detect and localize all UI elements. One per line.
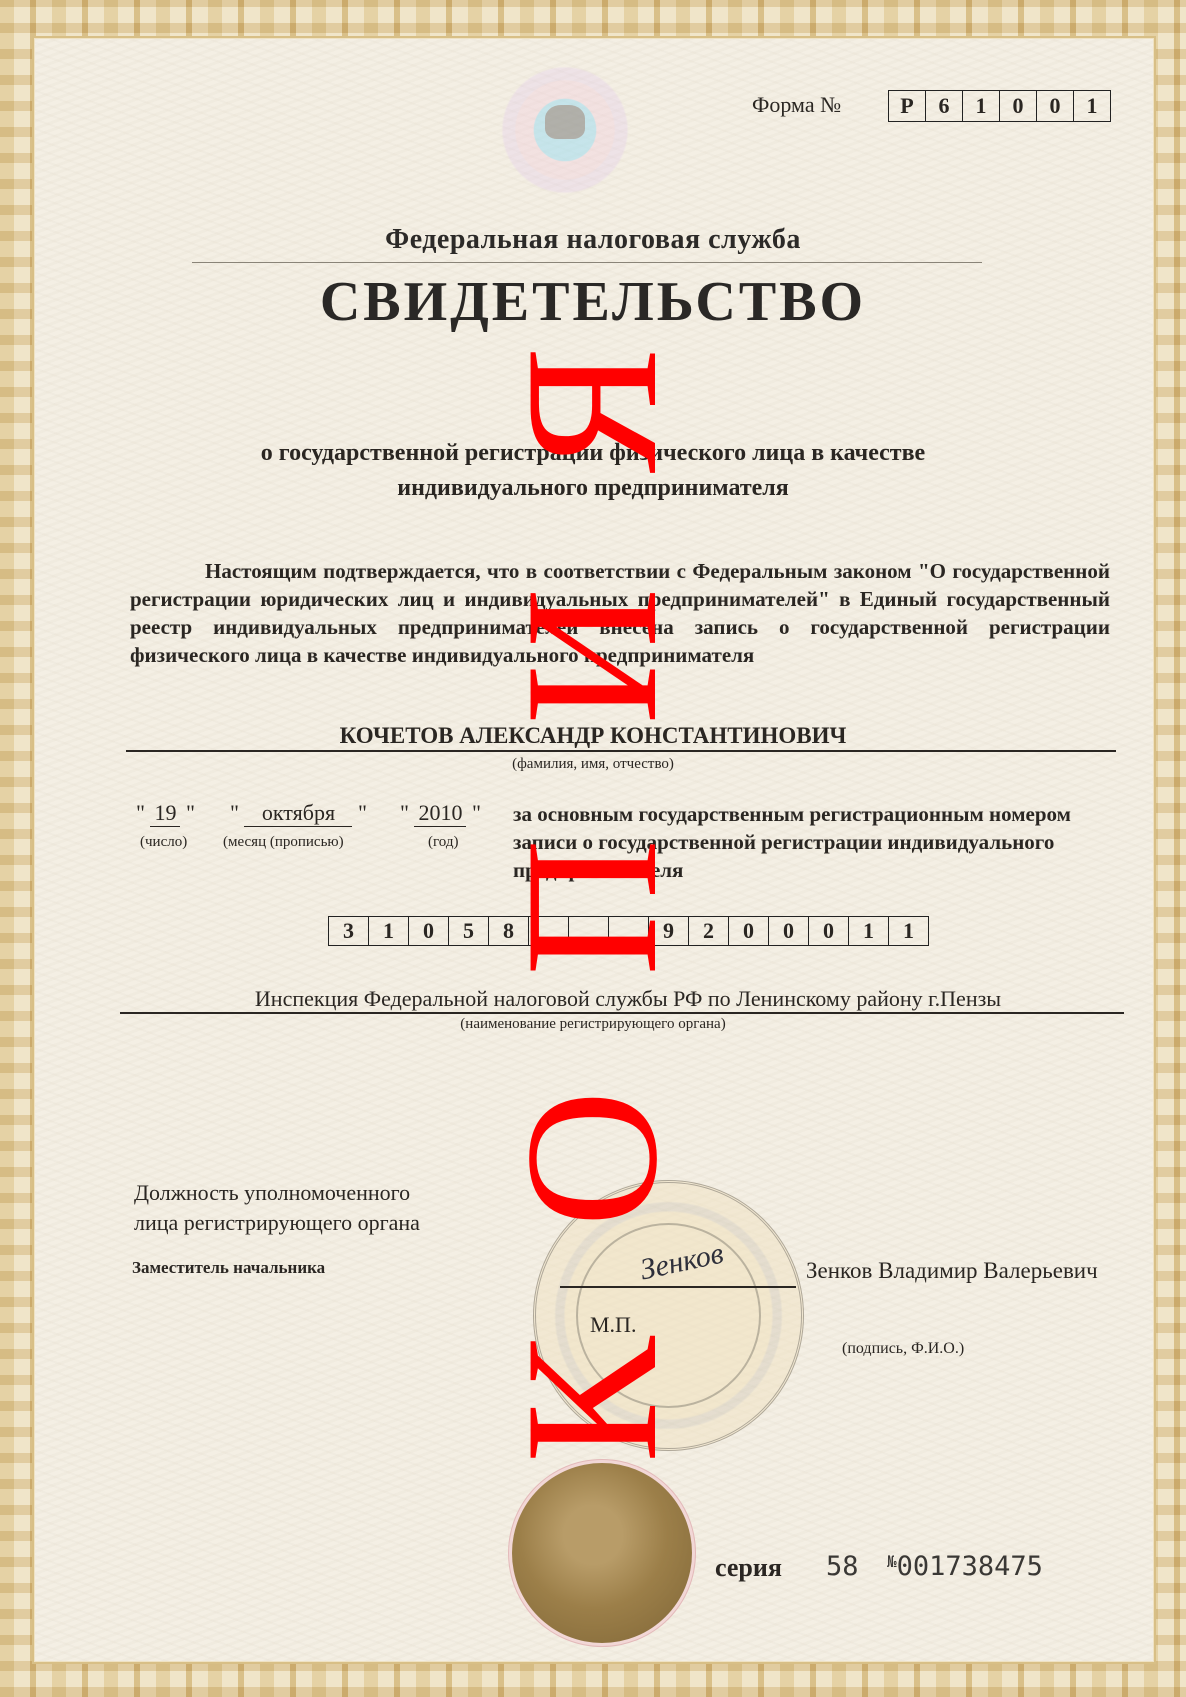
number-sign: № [887, 1552, 897, 1571]
blank-number: №001738475 [887, 1551, 1043, 1582]
signer-name: Зенков Владимир Валерьевич [806, 1258, 1098, 1284]
hologram-emblem [490, 60, 640, 200]
month-hint: (месяц (прописью) [223, 834, 344, 851]
ogrnip-cell: 0 [809, 917, 849, 945]
gold-seal-emblem [512, 1463, 692, 1643]
ogrnip-cell: 0 [409, 917, 449, 945]
form-code-cell: 0 [1000, 91, 1037, 121]
date-year: " 2010 " [400, 800, 481, 827]
day-hint: (число) [140, 834, 187, 851]
ogrnip-cell: 0 [729, 917, 769, 945]
form-number-boxes: Р 6 1 0 0 1 [888, 90, 1111, 122]
year-hint: (год) [428, 834, 458, 851]
form-code-cell: 1 [1074, 91, 1110, 121]
series-label: серия [715, 1553, 782, 1583]
ogrnip-cell: 1 [849, 917, 889, 945]
form-number-label: Форма № [752, 92, 841, 118]
blank-number-value: 001738475 [897, 1551, 1043, 1582]
ogrnip-cell: 1 [889, 917, 928, 945]
ogrnip-cell: 0 [769, 917, 809, 945]
ogrnip-cell: 1 [369, 917, 409, 945]
date-day: " 19 " [136, 800, 195, 827]
coat-of-arms-icon [545, 105, 585, 139]
ogrnip-cell: 3 [329, 917, 369, 945]
form-code-cell: 0 [1037, 91, 1074, 121]
date-month: " октября " [230, 800, 367, 827]
official-position: Заместитель начальника [132, 1258, 325, 1278]
ogrnip-cell: 5 [449, 917, 489, 945]
signer-hint: (подпись, Ф.И.О.) [842, 1340, 964, 1358]
position-label-line: Должность уполномоченного [134, 1178, 420, 1208]
form-code-cell: 1 [963, 91, 1000, 121]
form-code-cell: Р [889, 91, 926, 121]
position-label-line: лица регистрирующего органа [134, 1208, 420, 1238]
form-code-cell: 6 [926, 91, 963, 121]
position-label: Должность уполномоченного лица регистрир… [134, 1178, 420, 1238]
series-value: 58 [826, 1551, 859, 1582]
